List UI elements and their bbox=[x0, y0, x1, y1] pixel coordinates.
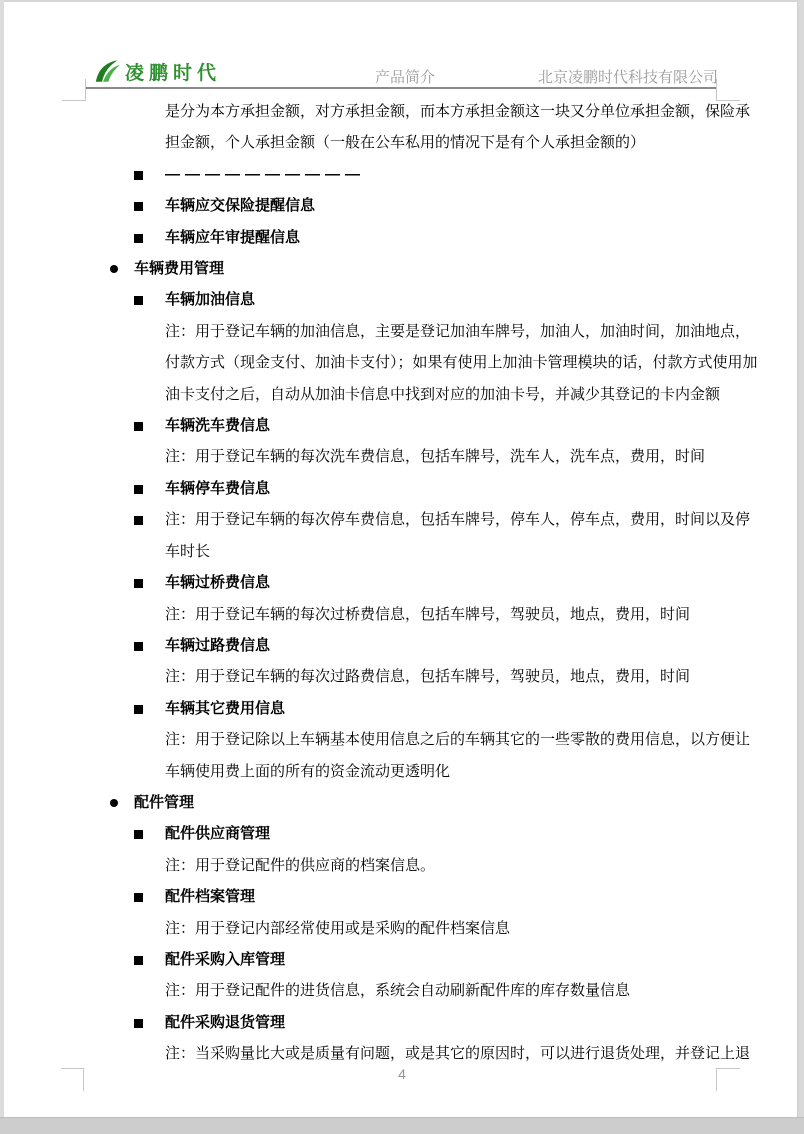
text-line: 担金额，个人承担金额（一般在公车私用的情况下是有个人承担金额的） bbox=[85, 127, 745, 158]
line-text: —————————— bbox=[165, 159, 365, 190]
list-item: 车辆加油信息 bbox=[85, 284, 745, 315]
list-item: 车辆其它费用信息 bbox=[85, 693, 745, 724]
margin-mark-top-left bbox=[62, 79, 86, 101]
square-bullet-icon bbox=[134, 516, 143, 525]
list-item: 车辆洗车费信息 bbox=[85, 410, 745, 441]
list-item: 车辆过桥费信息 bbox=[85, 567, 745, 598]
list-item: 配件档案管理 bbox=[85, 881, 745, 912]
line-text: 注：用于登记车辆的每次过路费信息，包括车牌号，驾驶员，地点，费用，时间 bbox=[165, 661, 690, 692]
square-bullet-icon bbox=[134, 234, 143, 243]
square-bullet-icon bbox=[134, 893, 143, 902]
page-bottom-gap bbox=[0, 1117, 804, 1134]
square-bullet-icon bbox=[134, 1019, 143, 1028]
header-doc-title: 产品简介 bbox=[300, 66, 510, 87]
line-text: 车辆洗车费信息 bbox=[165, 410, 270, 441]
text-line: 车辆使用费上面的所有的资金流动更透明化 bbox=[85, 756, 745, 787]
text-line: 注：用于登记除以上车辆基本使用信息之后的车辆其它的一些零散的费用信息，以方便让 bbox=[85, 724, 745, 755]
line-text: 配件管理 bbox=[134, 787, 194, 818]
line-text: 配件档案管理 bbox=[165, 881, 255, 912]
line-text: 车辆应交保险提醒信息 bbox=[165, 190, 315, 221]
text-line: 注：用于登记内部经常使用或是采购的配件档案信息 bbox=[85, 913, 745, 944]
square-bullet-icon bbox=[134, 642, 143, 651]
header-company-name: 北京凌鹏时代科技有限公司 bbox=[538, 66, 718, 87]
text-line: 车时长 bbox=[85, 536, 745, 567]
square-bullet-icon bbox=[134, 579, 143, 588]
list-item: 车辆过路费信息 bbox=[85, 630, 745, 661]
disc-bullet-icon bbox=[110, 265, 118, 273]
list-item: 车辆费用管理 bbox=[85, 253, 745, 284]
square-bullet-icon bbox=[134, 956, 143, 965]
square-bullet-icon bbox=[134, 202, 143, 211]
square-bullet-icon bbox=[134, 422, 143, 431]
line-text: 车时长 bbox=[165, 536, 210, 567]
disc-bullet-icon bbox=[110, 799, 118, 807]
list-item: 配件采购退货管理 bbox=[85, 1007, 745, 1038]
logo-text: 凌鹏时代 bbox=[125, 58, 221, 85]
text-line: 注：用于登记配件的供应商的档案信息。 bbox=[85, 850, 745, 881]
line-text: 配件采购入库管理 bbox=[165, 944, 285, 975]
text-line: 付款方式（现金支付、加油卡支付）；如果有使用上加油卡管理模块的话，付款方式使用加 bbox=[85, 347, 745, 378]
text-line: 注：当采购量比大或是质量有问题，或是其它的原因时，可以进行退货处理，并登记上退 bbox=[85, 1038, 745, 1069]
line-text: 注：用于登记车辆的每次过桥费信息，包括车牌号，驾驶员，地点，费用，时间 bbox=[165, 599, 690, 630]
line-text: 配件供应商管理 bbox=[165, 818, 270, 849]
square-bullet-icon bbox=[134, 171, 143, 180]
list-item: 车辆应年审提醒信息 bbox=[85, 222, 745, 253]
line-text: 是分为本方承担金额，对方承担金额，而本方承担金额这一块又分单位承担金额，保险承 bbox=[165, 96, 750, 127]
square-bullet-icon bbox=[134, 830, 143, 839]
line-text: 注：用于登记配件的进货信息，系统会自动刷新配件库的库存数量信息 bbox=[165, 975, 630, 1006]
line-text: 油卡支付之后，自动从加油卡信息中找到对应的加油卡号，并减少其登记的卡内金额 bbox=[165, 379, 720, 410]
page-number: 4 bbox=[0, 1066, 804, 1082]
text-line: 注：用于登记车辆的加油信息，主要是登记加油车牌号，加油人，加油时间，加油地点， bbox=[85, 316, 745, 347]
list-item: 车辆应交保险提醒信息 bbox=[85, 190, 745, 221]
line-text: 配件采购退货管理 bbox=[165, 1007, 285, 1038]
list-item: 配件供应商管理 bbox=[85, 818, 745, 849]
header-rule bbox=[85, 87, 717, 89]
leaf-logo-icon bbox=[94, 58, 125, 84]
page-left-edge bbox=[0, 0, 4, 1118]
line-text: 车辆停车费信息 bbox=[165, 473, 270, 504]
content-lines: 是分为本方承担金额，对方承担金额，而本方承担金额这一块又分单位承担金额，保险承担… bbox=[85, 96, 745, 1070]
line-text: 担金额，个人承担金额（一般在公车私用的情况下是有个人承担金额的） bbox=[165, 127, 645, 158]
square-bullet-icon bbox=[134, 296, 143, 305]
line-text: 注：用于登记车辆的每次洗车费信息，包括车牌号，洗车人，洗车点，费用，时间 bbox=[165, 441, 705, 472]
text-line: 是分为本方承担金额，对方承担金额，而本方承担金额这一块又分单位承担金额，保险承 bbox=[85, 96, 745, 127]
text-line: 注：用于登记配件的进货信息，系统会自动刷新配件库的库存数量信息 bbox=[85, 975, 745, 1006]
line-text: 付款方式（现金支付、加油卡支付）；如果有使用上加油卡管理模块的话，付款方式使用加 bbox=[165, 347, 758, 378]
line-text: 车辆过桥费信息 bbox=[165, 567, 270, 598]
company-logo: 凌鹏时代 bbox=[94, 57, 221, 85]
line-text: 车辆应年审提醒信息 bbox=[165, 222, 300, 253]
square-bullet-icon bbox=[134, 705, 143, 714]
list-item: 车辆停车费信息 bbox=[85, 473, 745, 504]
page-top-edge bbox=[0, 0, 804, 2]
line-text: 注：用于登记车辆的加油信息，主要是登记加油车牌号，加油人，加油时间，加油地点， bbox=[165, 316, 750, 347]
list-item: 注：用于登记车辆的每次停车费信息，包括车牌号，停车人，停车点，费用，时间以及停 bbox=[85, 504, 745, 535]
page-right-edge bbox=[797, 0, 804, 1118]
line-text: 注：用于登记配件的供应商的档案信息。 bbox=[165, 850, 435, 881]
text-line: 油卡支付之后，自动从加油卡信息中找到对应的加油卡号，并减少其登记的卡内金额 bbox=[85, 379, 745, 410]
line-text: 车辆其它费用信息 bbox=[165, 693, 285, 724]
text-line: 注：用于登记车辆的每次过桥费信息，包括车牌号，驾驶员，地点，费用，时间 bbox=[85, 599, 745, 630]
line-text: 车辆过路费信息 bbox=[165, 630, 270, 661]
line-text: 注：用于登记除以上车辆基本使用信息之后的车辆其它的一些零散的费用信息，以方便让 bbox=[165, 724, 750, 755]
line-text: 注：用于登记内部经常使用或是采购的配件档案信息 bbox=[165, 913, 510, 944]
text-line: 注：用于登记车辆的每次洗车费信息，包括车牌号，洗车人，洗车点，费用，时间 bbox=[85, 441, 745, 472]
text-line: 注：用于登记车辆的每次过路费信息，包括车牌号，驾驶员，地点，费用，时间 bbox=[85, 661, 745, 692]
list-item: —————————— bbox=[85, 159, 745, 190]
line-text: 注：当采购量比大或是质量有问题，或是其它的原因时，可以进行退货处理，并登记上退 bbox=[165, 1038, 750, 1069]
list-item: 配件管理 bbox=[85, 787, 745, 818]
square-bullet-icon bbox=[134, 485, 143, 494]
list-item: 配件采购入库管理 bbox=[85, 944, 745, 975]
line-text: 车辆加油信息 bbox=[165, 284, 255, 315]
line-text: 车辆费用管理 bbox=[134, 253, 224, 284]
line-text: 车辆使用费上面的所有的资金流动更透明化 bbox=[165, 756, 450, 787]
line-text: 注：用于登记车辆的每次停车费信息，包括车牌号，停车人，停车点，费用，时间以及停 bbox=[165, 504, 750, 535]
